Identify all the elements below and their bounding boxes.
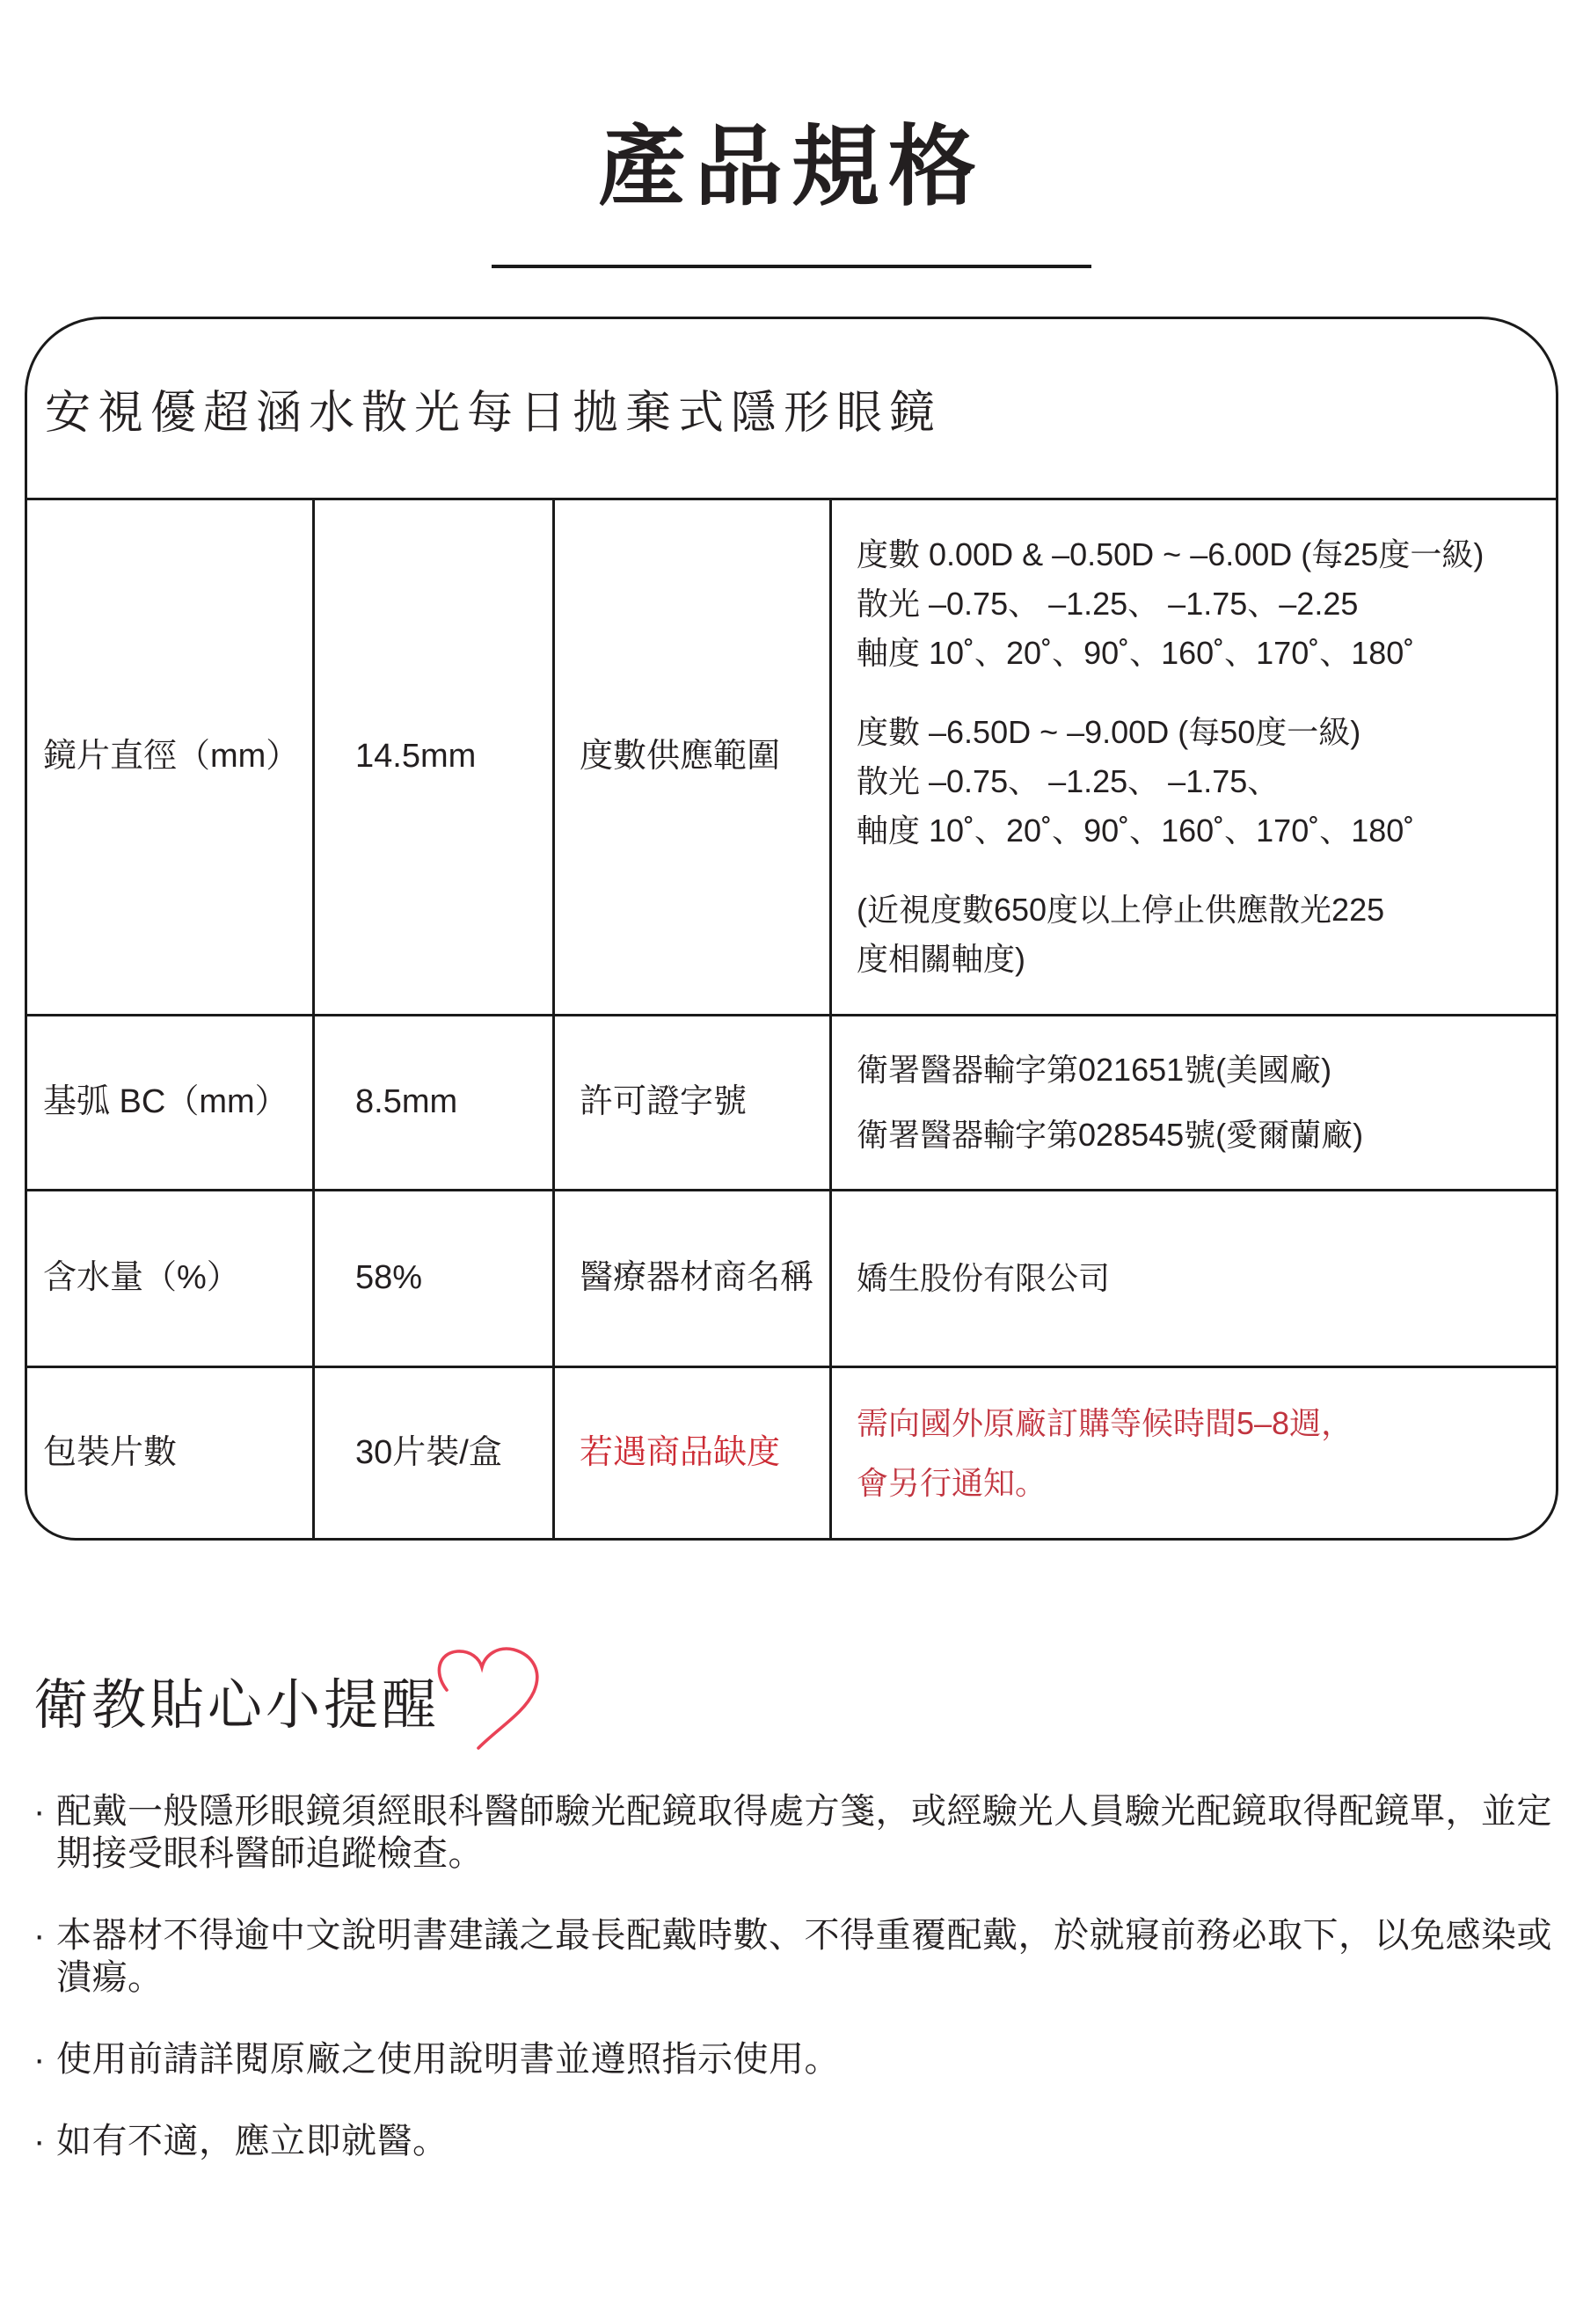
tips-bullet-list: · 配戴一般隱形眼鏡須經眼科醫師驗光配鏡取得處方箋，或經驗光人員驗光配鏡取得配鏡… [33,1790,1564,2162]
tip-text: 配戴一般隱形眼鏡須經眼科醫師驗光配鏡取得處方箋，或經驗光人員驗光配鏡取得配鏡單，… [56,1790,1564,1875]
bullet-dot: · [33,1914,56,1999]
row-license-label: 許可證字號 [552,1014,829,1189]
row-basecurve-value: 8.5mm [312,1014,552,1189]
page-title: 產品規格 [0,121,1583,214]
row-packaging-label: 包裝片數 [27,1366,312,1538]
bullet-dot: · [33,1790,56,1875]
tip-text: 如有不適，應立即就醫。 [56,2120,1564,2162]
dealer-name: 嬌生股份有限公司 [857,1246,1110,1311]
row-power-range-detail: 度數 0.00D & –0.50D ~ –6.00D (每25度一級) 散光 –… [829,498,1556,1014]
row-diameter-label: 鏡片直徑（mm） [27,498,312,1014]
title-underline [492,265,1091,268]
row-shortage-label: 若遇商品缺度 [552,1366,829,1538]
row-license-detail: 衛署醫器輸字第021651號(美國廠) 衛署醫器輸字第028545號(愛爾蘭廠) [829,1014,1556,1189]
row-water-label: 含水量（%） [27,1189,312,1366]
row-diameter-value: 14.5mm [312,498,552,1014]
tip-text: 使用前請詳閱原廠之使用說明書並遵照指示使用。 [56,2038,1564,2080]
spec-table: 安視優超涵水散光每日拋棄式隱形眼鏡 鏡片直徑（mm） 14.5mm 度數供應範圍… [25,317,1558,1541]
product-name-header: 安視優超涵水散光每日拋棄式隱形眼鏡 [27,319,1556,498]
bullet-dot: · [33,2038,56,2080]
power-range-note: (近視度數650度以上停止供應散光225 度相關軸度) [857,885,1384,984]
tip-item-wearing-time: · 本器材不得逾中文說明書建議之最長配戴時數、不得重覆配戴，於就寢前務必取下，以… [33,1914,1564,1999]
heart-icon [428,1643,553,1755]
tip-item-read-manual: · 使用前請詳閱原廠之使用說明書並遵照指示使用。 [33,2038,1564,2080]
tips-heading: 衛教貼心小提醒 [33,1678,440,1734]
row-dealer-label: 醫療器材商名稱 [552,1189,829,1366]
license-numbers: 衛署醫器輸字第021651號(美國廠) 衛署醫器輸字第028545號(愛爾蘭廠) [857,1038,1363,1168]
shortage-notice-text: 需向國外原廠訂購等候時間5–8週， 會另行通知。 [857,1394,1353,1513]
row-basecurve-label: 基弧 BC（mm） [27,1014,312,1189]
power-range-block-2: 度數 –6.50D ~ –9.00D (每50度一級) 散光 –0.75、 –1… [857,708,1414,856]
row-water-value: 58% [312,1189,552,1366]
tip-text: 本器材不得逾中文說明書建議之最長配戴時數、不得重覆配戴，於就寢前務必取下，以免感… [56,1914,1564,1999]
tip-item-prescription: · 配戴一般隱形眼鏡須經眼科醫師驗光配鏡取得處方箋，或經驗光人員驗光配鏡取得配鏡… [33,1790,1564,1875]
row-dealer-detail: 嬌生股份有限公司 [829,1189,1556,1366]
row-shortage-notice: 需向國外原廠訂購等候時間5–8週， 會另行通知。 [829,1366,1556,1538]
tip-item-see-doctor: · 如有不適，應立即就醫。 [33,2120,1564,2162]
row-power-range-label: 度數供應範圍 [552,498,829,1014]
row-packaging-value: 30片裝/盒 [312,1366,552,1538]
bullet-dot: · [33,2120,56,2162]
power-range-block-1: 度數 0.00D & –0.50D ~ –6.00D (每25度一級) 散光 –… [857,530,1484,678]
